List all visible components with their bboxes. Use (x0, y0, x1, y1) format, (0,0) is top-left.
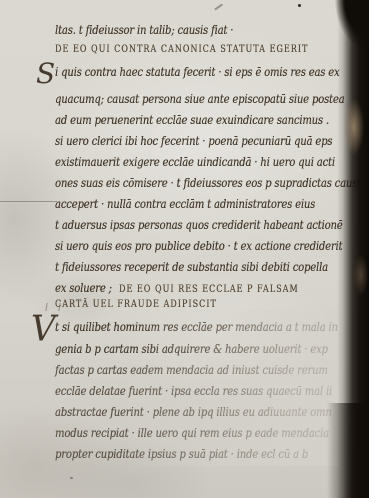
line-text: modus recipiat · ille uero qui rem eius … (55, 425, 329, 440)
text-line: genia b p cartam sibi adquirere & habere… (55, 341, 369, 356)
text-block: ltas. t fideiussor in talib; causis fiat… (0, 0, 369, 498)
line-text: accepert · nullā contra ecclām t adminis… (55, 196, 315, 211)
text-line: propter cupiditate ipsius p suā piat · i… (55, 446, 369, 461)
line-text: i quis contra haec statuta fecerit · si … (55, 64, 339, 79)
line-text: CARTĀ UEL FRAUDE ADIPISCIT (55, 299, 217, 310)
edge-mottle (345, 92, 367, 162)
ink-speck (70, 477, 73, 479)
rubric-line: CARTĀ UEL FRAUDE ADIPISCIT (55, 299, 257, 310)
text-line: ad eum peruenerint ecclāe suae exuindica… (55, 112, 369, 127)
initial-capital: V (31, 308, 56, 350)
line-text: genia b p cartam sibi adquirere & habere… (55, 341, 328, 356)
line-body-segment: ex soluere ; (55, 280, 112, 295)
text-line: quacumq; causat persona siue ante episco… (55, 91, 369, 106)
text-line: existimauerit exigere ecclāe uindicandā … (55, 154, 369, 169)
line-text: si uero clerici ibi hoc fecerint · poenā… (55, 133, 332, 148)
text-line: ltas. t fideiussor in talib; causis fiat… (55, 22, 278, 37)
line-text: t aduersus ipsas personas quos credideri… (55, 217, 342, 232)
text-line: t si quilibet hominum res ecclāe per men… (55, 319, 369, 334)
line-text: quacumq; causat persona siue ante episco… (55, 91, 344, 106)
line-rubric-segment: DE EO QUI RES ECCLAE P FALSAM (119, 284, 299, 295)
text-line: t fideiussores receperit de substantia s… (55, 259, 369, 274)
line-text: ones suas eis cōmisere · t fideiussores … (55, 175, 365, 190)
text-line: ex soluere ;DE EO QUI RES ECCLAE P FALSA… (55, 280, 360, 295)
text-line: ecclāe delatae fuerint · ipsa eccla res … (55, 383, 369, 398)
line-text: t si quilibet hominum res ecclāe per men… (55, 319, 338, 334)
line-text: si uero quis eos pro publice debito · t … (55, 238, 342, 253)
text-line: modus recipiat · ille uero qui rem eius … (55, 425, 369, 440)
line-text: existimauerit exigere ecclāe uindicandā … (55, 154, 335, 169)
text-line: ones suas eis cōmisere · t fideiussores … (55, 175, 369, 190)
line-text: ad eum peruenerint ecclāe suae exuindica… (55, 112, 329, 127)
line-text: ecclāe delatae fuerint · ipsa eccla res … (55, 383, 332, 398)
line-text: abstractae fuerint · plene ab ipq illius… (55, 404, 332, 419)
initial-capital: S (36, 57, 55, 90)
top-right-corner-shadow (321, 0, 369, 72)
line-text: t fideiussores receperit de substantia s… (55, 259, 328, 274)
text-line: abstractae fuerint · plene ab ipq illius… (55, 404, 369, 419)
text-line: si uero clerici ibi hoc fecerint · poenā… (55, 133, 369, 148)
text-line: t aduersus ipsas personas quos credideri… (55, 217, 369, 232)
text-line: factas p cartas eadem mendacia ad iniust… (55, 362, 369, 377)
line-text: factas p cartas eadem mendacia ad iniust… (55, 362, 328, 377)
margin-marks (45, 303, 60, 311)
text-line: accepert · nullā contra ecclām t adminis… (55, 196, 369, 211)
ink-speck (298, 4, 301, 7)
manuscript-page: ltas. t fideiussor in talib; causis fiat… (0, 0, 369, 498)
line-text: DE EO QUI CONTRA CANONICA STATUTA EGERIT (55, 44, 308, 55)
text-line: si uero quis eos pro publice debito · t … (55, 238, 369, 253)
line-text: ltas. t fideiussor in talib; causis fiat… (55, 22, 233, 37)
edge-mottle (351, 250, 369, 300)
line-text: propter cupiditate ipsius p suā piat · i… (55, 446, 308, 461)
bottom-right-corner-shadow (327, 403, 369, 498)
